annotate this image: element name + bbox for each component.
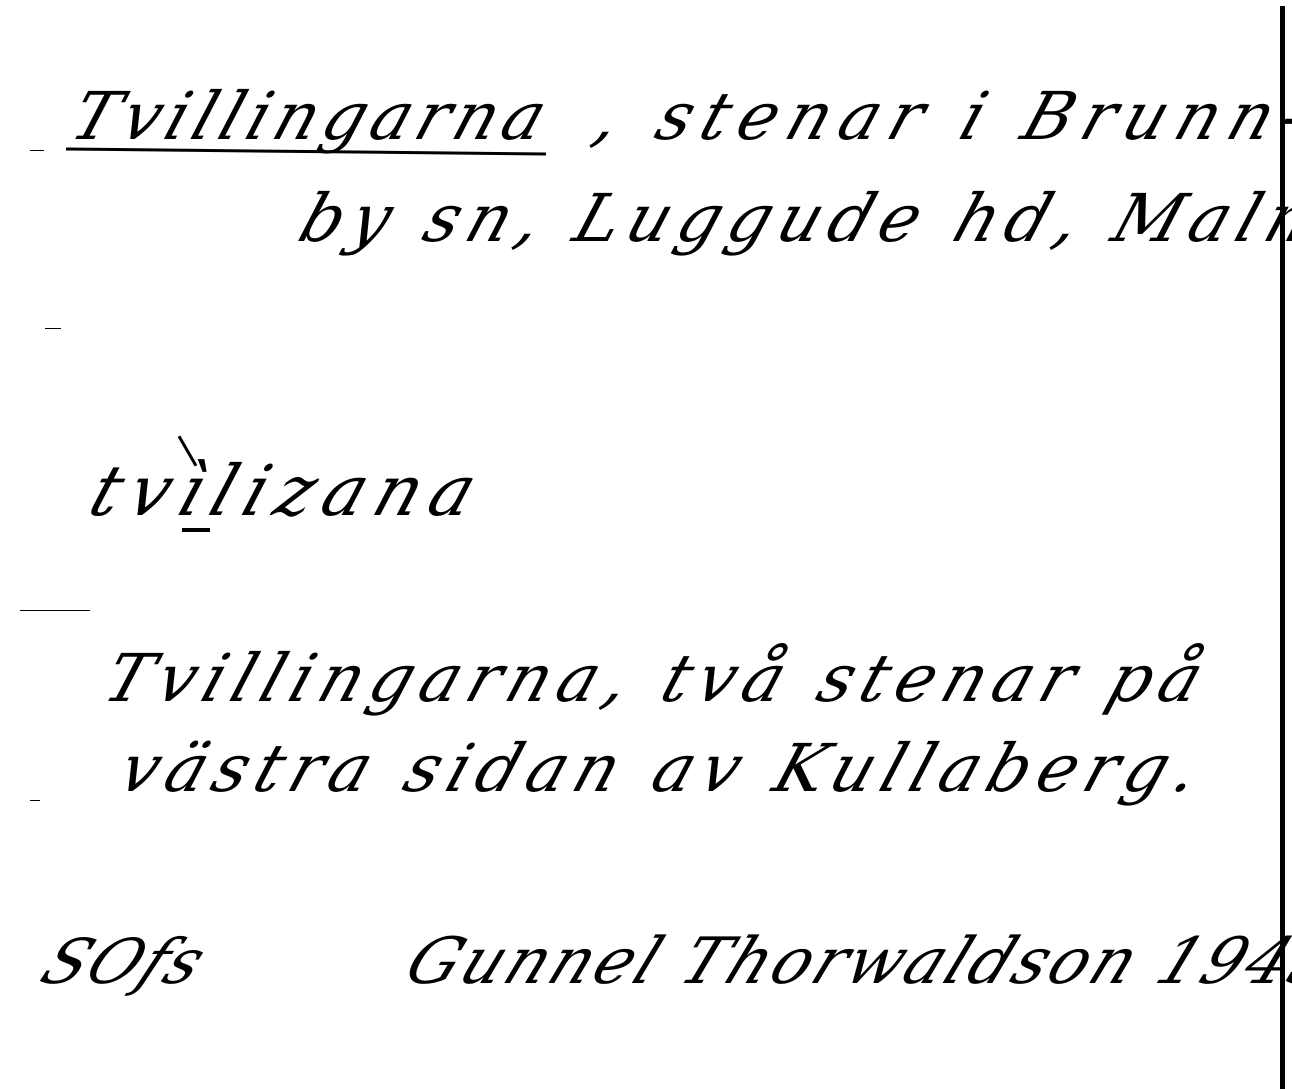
- scan-artifact: [30, 800, 40, 801]
- pronunciation: tvìlizana: [80, 450, 497, 532]
- description-line-2: västra sidan av Kullaberg.: [110, 730, 1218, 807]
- stress-underline: [182, 528, 210, 532]
- archive-card: Tvillingarna , stenar i Brunn- by sn, Lu…: [0, 0, 1292, 1089]
- description-line-1: Tvillingarna, två stenar på: [95, 640, 1221, 717]
- scan-artifact: [45, 328, 61, 329]
- headword: Tvillingarna: [62, 78, 562, 155]
- headword-continuation: , stenar i Brunn-: [585, 78, 1292, 155]
- signature-name-date: Gunnel Thorwaldson 1945.: [395, 925, 1292, 999]
- scan-artifact: [30, 150, 44, 151]
- scan-artifact: [20, 610, 90, 611]
- location-line: by sn, Luggude hd, Malm. l.: [290, 180, 1292, 257]
- signature-initials: SOfs: [30, 925, 220, 998]
